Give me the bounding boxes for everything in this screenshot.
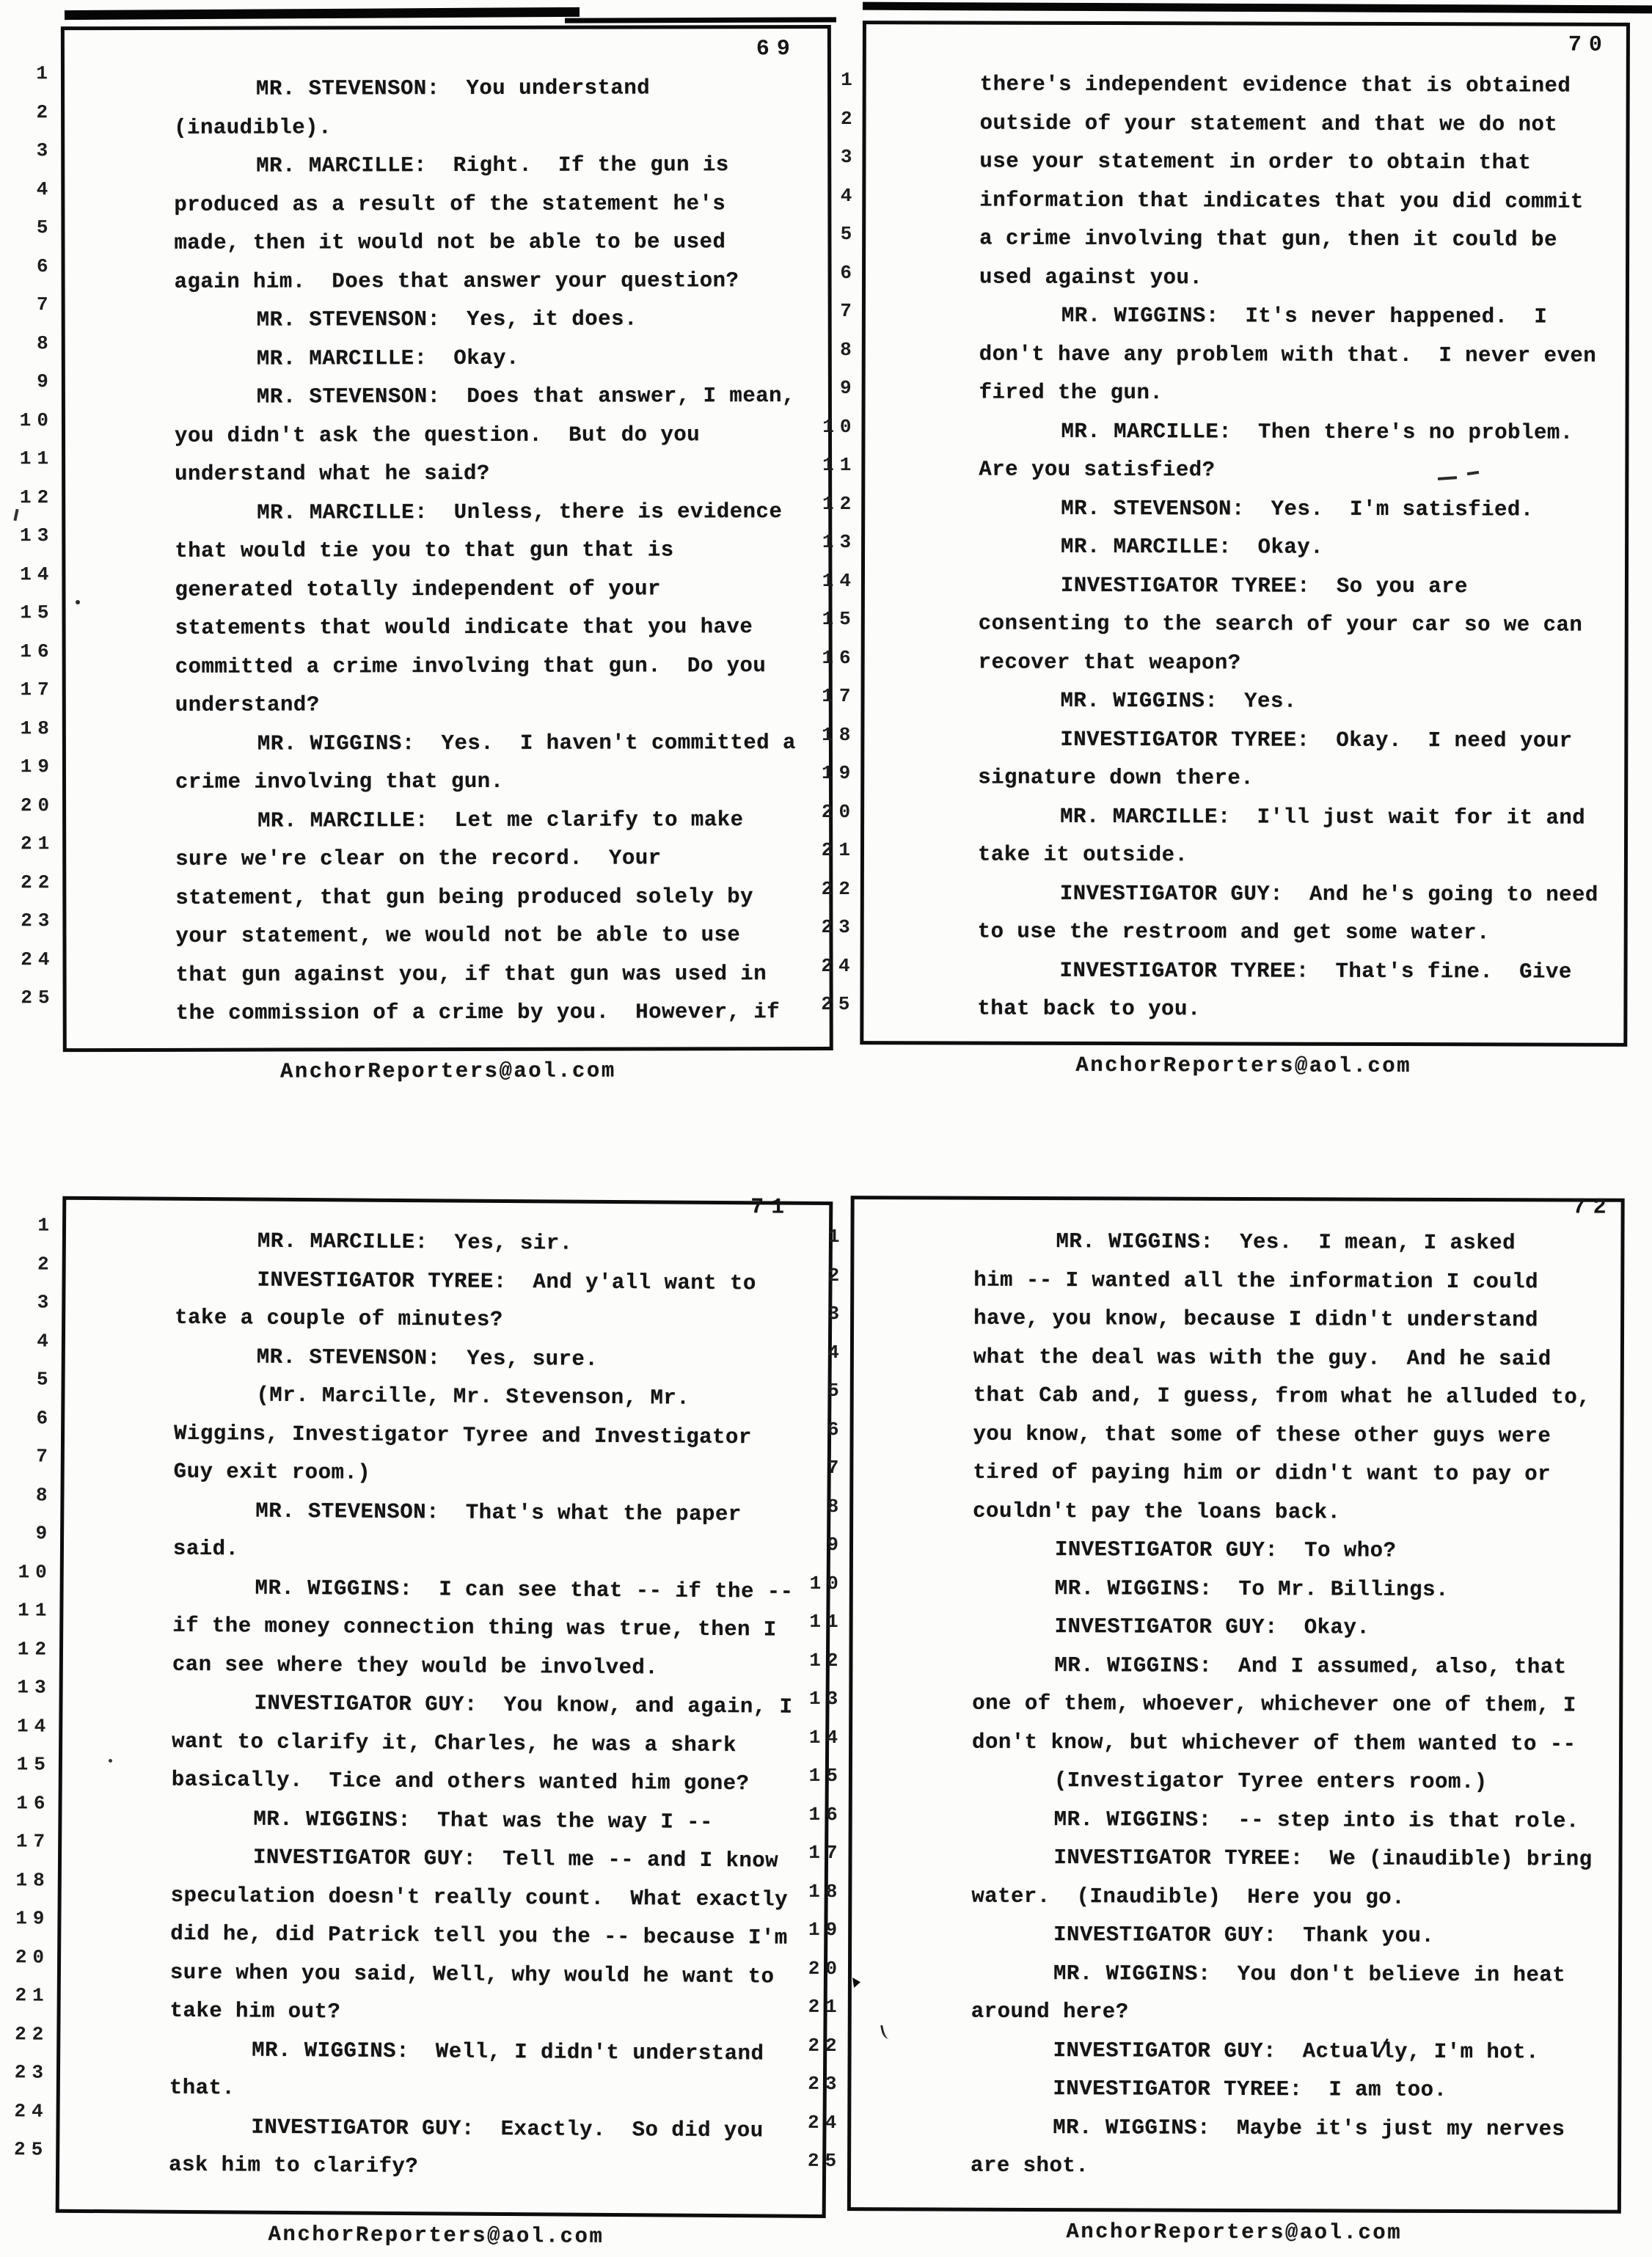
transcript-line: MR. WIGGINS: Maybe it's just my nerves — [971, 2108, 1631, 2149]
line-number: 14 — [800, 1718, 844, 1757]
line-number: 19 — [799, 1911, 843, 1950]
transcript-line: INVESTIGATOR GUY: Thank you. — [971, 1916, 1631, 1957]
line-number: 20 — [799, 1949, 843, 1988]
line-number: 9 — [800, 1526, 844, 1565]
line-number: 2 — [801, 1256, 845, 1295]
transcript-line: couldn't pay the loans back. — [973, 1492, 1633, 1533]
line-number: 16 — [800, 1795, 844, 1834]
line-number: 5 — [801, 1372, 845, 1411]
line-number: 7 — [800, 1449, 844, 1488]
page-number: 72 — [1518, 1195, 1614, 1220]
transcript-line: you know, that some of these other guys … — [973, 1415, 1633, 1456]
line-number: 6 — [800, 1410, 844, 1449]
line-number: 21 — [799, 1988, 843, 2027]
transcript-line: MR. WIGGINS: You don't believe in heat — [971, 1954, 1631, 1995]
transcript-line: INVESTIGATOR GUY: Okay. — [973, 1608, 1633, 1649]
line-number: 22 — [799, 2026, 843, 2065]
line-number: 25 — [798, 2142, 842, 2181]
line-number: 17 — [799, 1834, 843, 1873]
page-line-column: MR. WIGGINS: Yes. I mean, I askedhim -- … — [971, 1223, 1634, 2188]
transcript-line: (Investigator Tyree enters room.) — [972, 1762, 1632, 1803]
transcript-line: MR. WIGGINS: And I assumed, also, that — [972, 1646, 1632, 1687]
line-number: 3 — [801, 1295, 845, 1334]
transcript-line: don't know, but whichever of them wanted… — [972, 1723, 1632, 1764]
transcript-line: MR. WIGGINS: To Mr. Billings. — [973, 1569, 1633, 1610]
scan-speck — [76, 600, 80, 604]
line-number: 24 — [798, 2103, 842, 2142]
transcript-line: one of them, whoever, whichever one of t… — [972, 1685, 1632, 1726]
scan-speck — [109, 1759, 112, 1763]
line-number: 1 — [801, 1218, 845, 1256]
line-number: 8 — [800, 1487, 844, 1526]
transcript-line: INVESTIGATOR GUY: Actually, I'm hot. — [971, 2031, 1631, 2072]
line-number: 4 — [801, 1333, 845, 1372]
transcript-line: tired of paying him or didn't want to pa… — [973, 1454, 1633, 1495]
line-number: 10 — [800, 1564, 844, 1603]
transcript-line: INVESTIGATOR TYREE: We (inaudible) bring — [971, 1839, 1631, 1880]
transcript-line: MR. WIGGINS: -- step into is that role. — [972, 1800, 1632, 1841]
transcript-line: have, you know, because I didn't underst… — [973, 1300, 1634, 1341]
line-number: 12 — [800, 1641, 844, 1680]
line-number: 15 — [800, 1757, 844, 1796]
transcript-line: are shot. — [971, 2147, 1631, 2188]
line-number-column: 1234567891011121314151617181920212223242… — [798, 1218, 846, 2181]
transcript-line: around here? — [971, 1993, 1631, 2034]
reporter-footer: AnchorReporters@aol.com — [847, 2212, 1621, 2253]
transcript-line: what the deal was with the guy. And he s… — [973, 1338, 1634, 1379]
line-number: 11 — [800, 1603, 844, 1642]
transcript-line: MR. WIGGINS: Yes. I mean, I asked — [973, 1223, 1634, 1264]
transcript-line: him -- I wanted all the information I co… — [973, 1261, 1634, 1302]
transcript-line: INVESTIGATOR TYREE: I am too. — [971, 2070, 1631, 2111]
transcript-line: that Cab and, I guess, from what he allu… — [973, 1377, 1634, 1418]
transcript-line: INVESTIGATOR GUY: To who? — [973, 1531, 1633, 1572]
transcript-line: water. (Inaudible) Here you go. — [971, 1877, 1631, 1918]
transcript-page-72: 72 1234567891011121314151617181920212223… — [0, 0, 1652, 2257]
line-number: 18 — [799, 1872, 843, 1911]
transcript-scan-sheet: 69 1234567891011121314151617181920212223… — [0, 0, 1652, 2257]
line-number: 13 — [800, 1680, 844, 1719]
line-number: 23 — [798, 2065, 842, 2104]
